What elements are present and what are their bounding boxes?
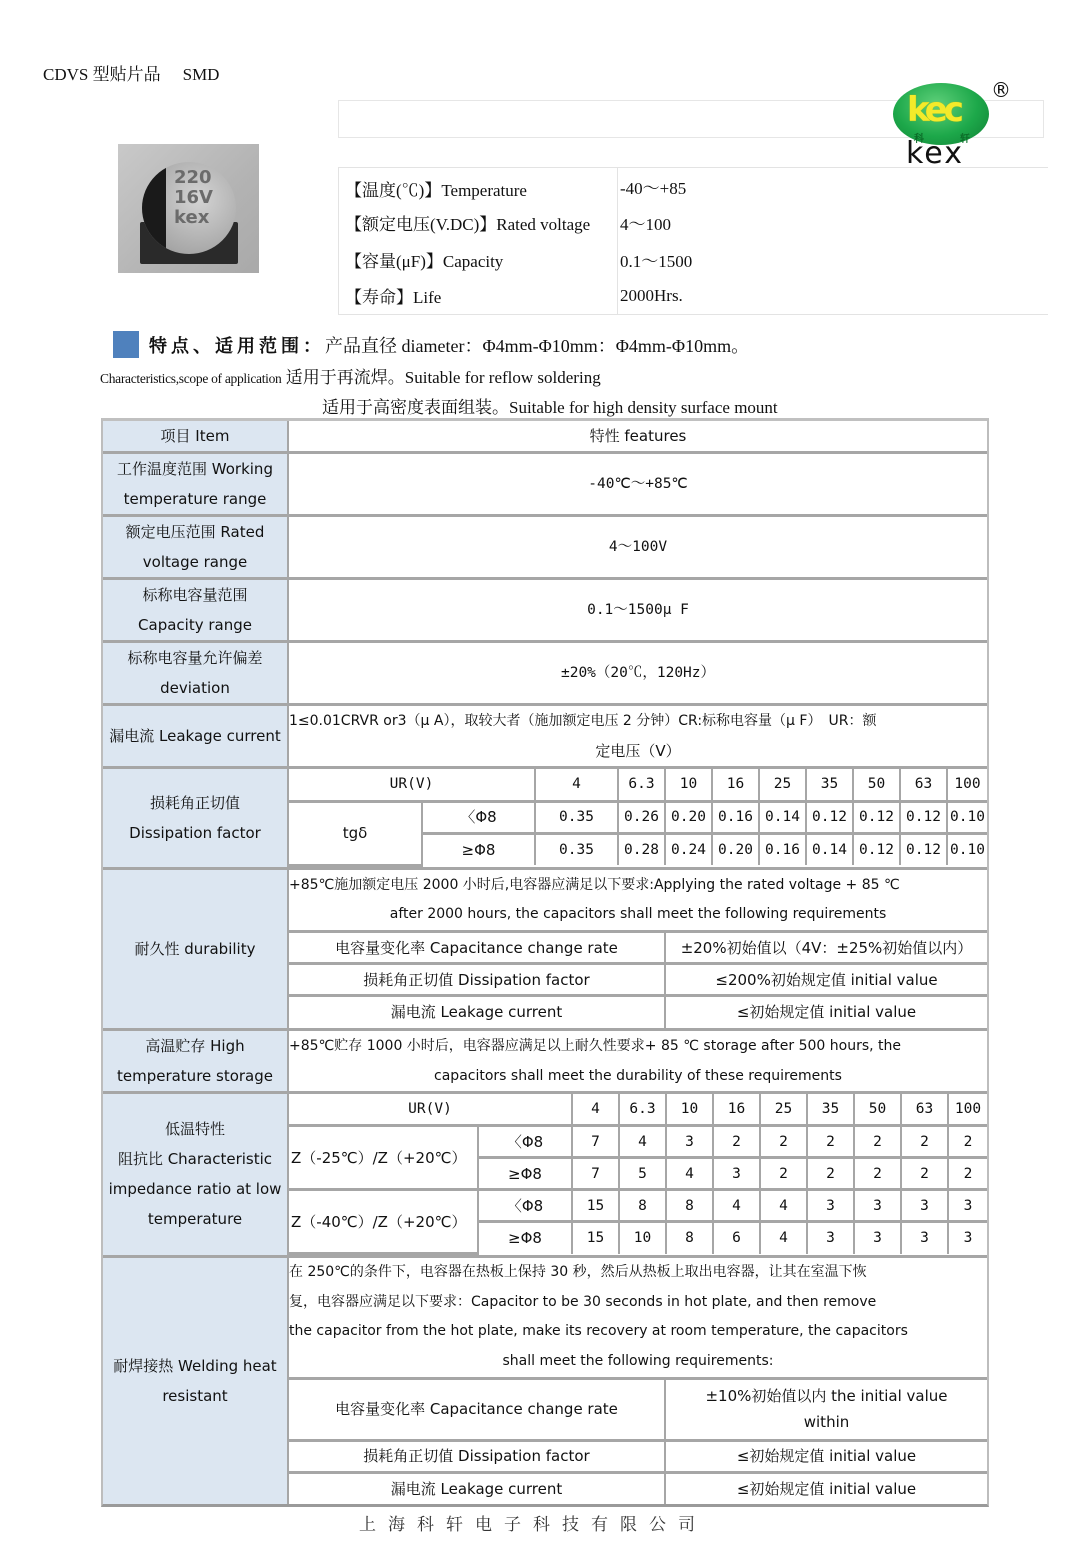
table-cell: Z（-40℃）/Z（+20℃） (289, 1190, 478, 1254)
table-cell: ≥Φ8 (422, 833, 535, 865)
product-photo: 220 16V kex (118, 144, 259, 273)
dissipation-subtable: UR(V) 46.310 162535 5063100 tgδ 〈Φ8 0.35… (289, 769, 987, 867)
section-marker-icon (113, 331, 139, 358)
dissipation-subtable-cell: UR(V) 46.310 162535 5063100 tgδ 〈Φ8 0.35… (289, 769, 987, 870)
table-row: 额定电压范围 Ratedvoltage range 4～100V (103, 517, 987, 580)
table-cell: 6.3 (619, 1094, 666, 1126)
table-cell: 2 (807, 1126, 854, 1158)
capacitor-marking: 220 16V kex (174, 168, 213, 228)
table-cell: 0.14 (759, 801, 806, 833)
table-cell: 0.24 (665, 833, 712, 865)
spec-row-life: 【寿命】Life 2000Hrs. (339, 278, 1048, 315)
table-cell: ≥Φ8 (478, 1158, 572, 1190)
table-row: 标称电容量范围Capacity range 0.1～1500μ F (103, 580, 987, 643)
label-welding: 耐焊接热 Welding heatresistant (103, 1258, 289, 1504)
table-cell: 0.12 (900, 833, 947, 865)
polarity-stripe (142, 162, 166, 254)
table-cell: 8 (666, 1222, 713, 1254)
spec-row-temperature: 【温度(℃)】Temperature -40～+85 (339, 168, 1048, 205)
table-cell: ±20%初始值以（4V：±25%初始值以内） (665, 932, 987, 964)
table-cell: UR(V) (289, 1094, 572, 1126)
table-cell: 63 (901, 1094, 948, 1126)
table-cell: ≥Φ8 (478, 1222, 572, 1254)
value-leakage: 1≤0.01CRVR or3（μ A），取较大者（施加额定电压 2 分钟）CR:… (289, 706, 987, 769)
table-cell: ±10%初始值以内 the initial valuewithin (665, 1378, 987, 1440)
table-cell: 3 (807, 1222, 854, 1254)
label-leakage: 漏电流 Leakage current (103, 706, 289, 769)
table-cell: 0.12 (853, 833, 900, 865)
features-heading: 特点、适用范围： 产品直径 diameter：Φ4mm-Φ10mm：Φ4mm-Φ… (113, 331, 749, 358)
header-features: 特性 features (289, 421, 987, 454)
table-cell: ≤初始规定值 initial value (665, 996, 987, 1028)
table-cell: UR(V) (289, 769, 535, 801)
title-cn: CDVS 型贴片品 (43, 65, 161, 84)
dissipation-voltage-row: UR(V) 46.310 162535 5063100 (289, 769, 987, 801)
table-cell: 10 (665, 769, 712, 801)
value-rated-voltage: 4～100V (289, 517, 987, 580)
table-cell: 5 (619, 1158, 666, 1190)
table-cell: 15 (572, 1190, 619, 1222)
label-storage: 高温贮存 Hightemperature storage (103, 1031, 289, 1094)
table-cell: 7 (572, 1126, 619, 1158)
label-dissipation: 损耗角正切值Dissipation factor (103, 769, 289, 870)
table-cell: 电容量变化率 Capacitance change rate (289, 932, 665, 964)
table-cell: 损耗角正切值 Dissipation factor (289, 964, 665, 996)
table-row: 耐久性 durability +85℃施加额定电压 2000 小时后,电容器应满… (103, 870, 987, 1031)
table-cell: 电容量变化率 Capacitance change rate (289, 1378, 665, 1440)
table-cell: 100 (948, 1094, 987, 1126)
table-cell: ≤200%初始规定值 initial value (665, 964, 987, 996)
table-cell: 在 250℃的条件下，电容器在热板上保持 30 秒，然后从热板上取出电容器，让其… (289, 1258, 987, 1378)
welding-subtable: 在 250℃的条件下，电容器在热板上保持 30 秒，然后从热板上取出电容器，让其… (289, 1258, 987, 1504)
table-cell: 0.12 (806, 801, 853, 833)
table-cell: 35 (807, 1094, 854, 1126)
table-cell: +85℃施加额定电压 2000 小时后,电容器应满足以下要求:Applying … (289, 870, 987, 932)
logo-wordmark: kex (906, 138, 964, 170)
spec-row-voltage: 【额定电压(V.DC)】Rated voltage 4～100 (339, 205, 1048, 242)
kex-logo: kec 科轩 kex ® (890, 80, 1020, 172)
table-cell: 2 (948, 1158, 987, 1190)
dissipation-row-small: tgδ 〈Φ8 0.350.260.20 0.160.140.12 0.120.… (289, 801, 987, 833)
table-cell: 4 (535, 769, 618, 801)
table-cell: 0.35 (535, 833, 618, 865)
table-cell: 7 (572, 1158, 619, 1190)
table-cell: 4 (666, 1158, 713, 1190)
value-storage: +85℃贮存 1000 小时后，电容器应满足以上耐久性要求+ 85 ℃ stor… (289, 1031, 987, 1094)
label-capacity-range: 标称电容量范围Capacity range (103, 580, 289, 643)
durability-subtable: +85℃施加额定电压 2000 小时后,电容器应满足以下要求:Applying … (289, 870, 987, 1028)
spec-summary: 【温度(℃)】Temperature -40～+85 【额定电压(V.DC)】R… (338, 167, 1048, 315)
table-cell: 4 (760, 1190, 807, 1222)
table-cell: 2 (948, 1126, 987, 1158)
table-cell: 〈Φ8 (478, 1190, 572, 1222)
value-capacity-range: 0.1～1500μ F (289, 580, 987, 643)
table-cell: 0.10 (947, 801, 987, 833)
table-cell: ≤初始规定值 initial value (665, 1472, 987, 1504)
spec-row-capacity: 【容量(μF)】Capacity 0.1～1500 (339, 241, 1048, 278)
label-working-temp: 工作温度范围 Workingtemperature range (103, 454, 289, 517)
table-row: 高温贮存 Hightemperature storage +85℃贮存 1000… (103, 1031, 987, 1094)
registered-mark-icon: ® (991, 78, 1011, 102)
table-cell: 50 (854, 1094, 901, 1126)
table-cell: 漏电流 Leakage current (289, 1472, 665, 1504)
table-cell: 0.28 (618, 833, 665, 865)
table-cell: 100 (947, 769, 987, 801)
durability-cell: +85℃施加额定电压 2000 小时后,电容器应满足以下要求:Applying … (289, 870, 987, 1031)
document-title: CDVS 型贴片品SMD (43, 60, 219, 85)
table-cell: 8 (619, 1190, 666, 1222)
table-cell: 25 (759, 769, 806, 801)
table-cell: Z（-25℃）/Z（+20℃） (289, 1126, 478, 1190)
table-cell: 50 (853, 769, 900, 801)
table-cell: 16 (712, 769, 759, 801)
title-en: SMD (183, 65, 220, 84)
table-cell: 0.20 (665, 801, 712, 833)
table-cell: 35 (806, 769, 853, 801)
label-durability: 耐久性 durability (103, 870, 289, 1031)
table-cell: 3 (901, 1190, 948, 1222)
value-deviation: ±20%（20℃，120Hz） (289, 643, 987, 706)
table-cell: 8 (666, 1190, 713, 1222)
table-row: 标称电容量允许偏差deviation ±20%（20℃，120Hz） (103, 643, 987, 706)
table-cell: 63 (900, 769, 947, 801)
logo-letters: kec (907, 93, 960, 127)
table-cell: 2 (760, 1126, 807, 1158)
table-cell: 4 (713, 1190, 760, 1222)
table-cell: 0.12 (853, 801, 900, 833)
table-cell: 6.3 (618, 769, 665, 801)
table-cell: 15 (572, 1222, 619, 1254)
table-cell: 25 (760, 1094, 807, 1126)
table-cell: 0.20 (712, 833, 759, 865)
table-cell: 4 (760, 1222, 807, 1254)
table-cell: 2 (901, 1158, 948, 1190)
table-row: 耐焊接热 Welding heatresistant 在 250℃的条件下，电容… (103, 1258, 987, 1504)
table-cell: 3 (854, 1222, 901, 1254)
table-cell: 10 (619, 1222, 666, 1254)
table-cell: 6 (713, 1222, 760, 1254)
table-cell: 0.16 (759, 833, 806, 865)
features-line-mount: 适用于高密度表面组装。Suitable for high density sur… (322, 393, 778, 418)
table-cell: 3 (807, 1190, 854, 1222)
table-cell: 3 (854, 1190, 901, 1222)
table-cell: tgδ (289, 801, 422, 865)
header-item: 项目 Item (103, 421, 289, 454)
table-cell: 3 (948, 1222, 987, 1254)
features-line-reflow: Characteristics,scope of application 适用于… (100, 363, 601, 388)
table-cell: 0.10 (947, 833, 987, 865)
low-temp-subtable: UR(V) 46.310 162535 5063100 Z（-25℃）/Z（+2… (289, 1094, 987, 1256)
table-cell: 漏电流 Leakage current (289, 996, 665, 1028)
table-cell: 2 (854, 1126, 901, 1158)
table-cell: 3 (713, 1158, 760, 1190)
table-cell: 2 (713, 1126, 760, 1158)
table-cell: 4 (572, 1094, 619, 1126)
label-deviation: 标称电容量允许偏差deviation (103, 643, 289, 706)
table-cell: ≤初始规定值 initial value (665, 1440, 987, 1472)
table-cell: 〈Φ8 (478, 1126, 572, 1158)
table-cell: 2 (760, 1158, 807, 1190)
table-cell: 3 (948, 1190, 987, 1222)
table-cell: 0.16 (712, 801, 759, 833)
table-row: 工作温度范围 Workingtemperature range -40℃～+85… (103, 454, 987, 517)
table-cell: 0.35 (535, 801, 618, 833)
characteristics-table: 项目 Item 特性 features 工作温度范围 Workingtemper… (101, 418, 989, 1507)
table-row: 损耗角正切值Dissipation factor UR(V) 46.310 16… (103, 769, 987, 870)
table-header-row: 项目 Item 特性 features (103, 421, 987, 454)
company-footer: 上海科轩电子科技有限公司 (0, 1510, 1066, 1535)
value-working-temp: -40℃～+85℃ (289, 454, 987, 517)
label-rated-voltage: 额定电压范围 Ratedvoltage range (103, 517, 289, 580)
low-temp-subtable-cell: UR(V) 46.310 162535 5063100 Z（-25℃）/Z（+2… (289, 1094, 987, 1259)
table-cell: 16 (713, 1094, 760, 1126)
table-cell: 3 (666, 1126, 713, 1158)
table-cell: 2 (854, 1158, 901, 1190)
capacitor-can: 220 16V kex (142, 162, 236, 254)
table-cell: 2 (901, 1126, 948, 1158)
table-cell: 0.12 (900, 801, 947, 833)
table-cell: 0.26 (618, 801, 665, 833)
table-row: 低温特性阻抗比 Characteristic impedance ratio a… (103, 1094, 987, 1259)
table-cell: 〈Φ8 (422, 801, 535, 833)
table-cell: 0.14 (806, 833, 853, 865)
table-row: 漏电流 Leakage current 1≤0.01CRVR or3（μ A），… (103, 706, 987, 769)
label-low-temp: 低温特性阻抗比 Characteristic impedance ratio a… (103, 1094, 289, 1259)
table-cell: 损耗角正切值 Dissipation factor (289, 1440, 665, 1472)
table-cell: 2 (807, 1158, 854, 1190)
table-cell: 3 (901, 1222, 948, 1254)
welding-cell: 在 250℃的条件下，电容器在热板上保持 30 秒，然后从热板上取出电容器，让其… (289, 1258, 987, 1504)
table-cell: 4 (619, 1126, 666, 1158)
table-cell: 10 (666, 1094, 713, 1126)
